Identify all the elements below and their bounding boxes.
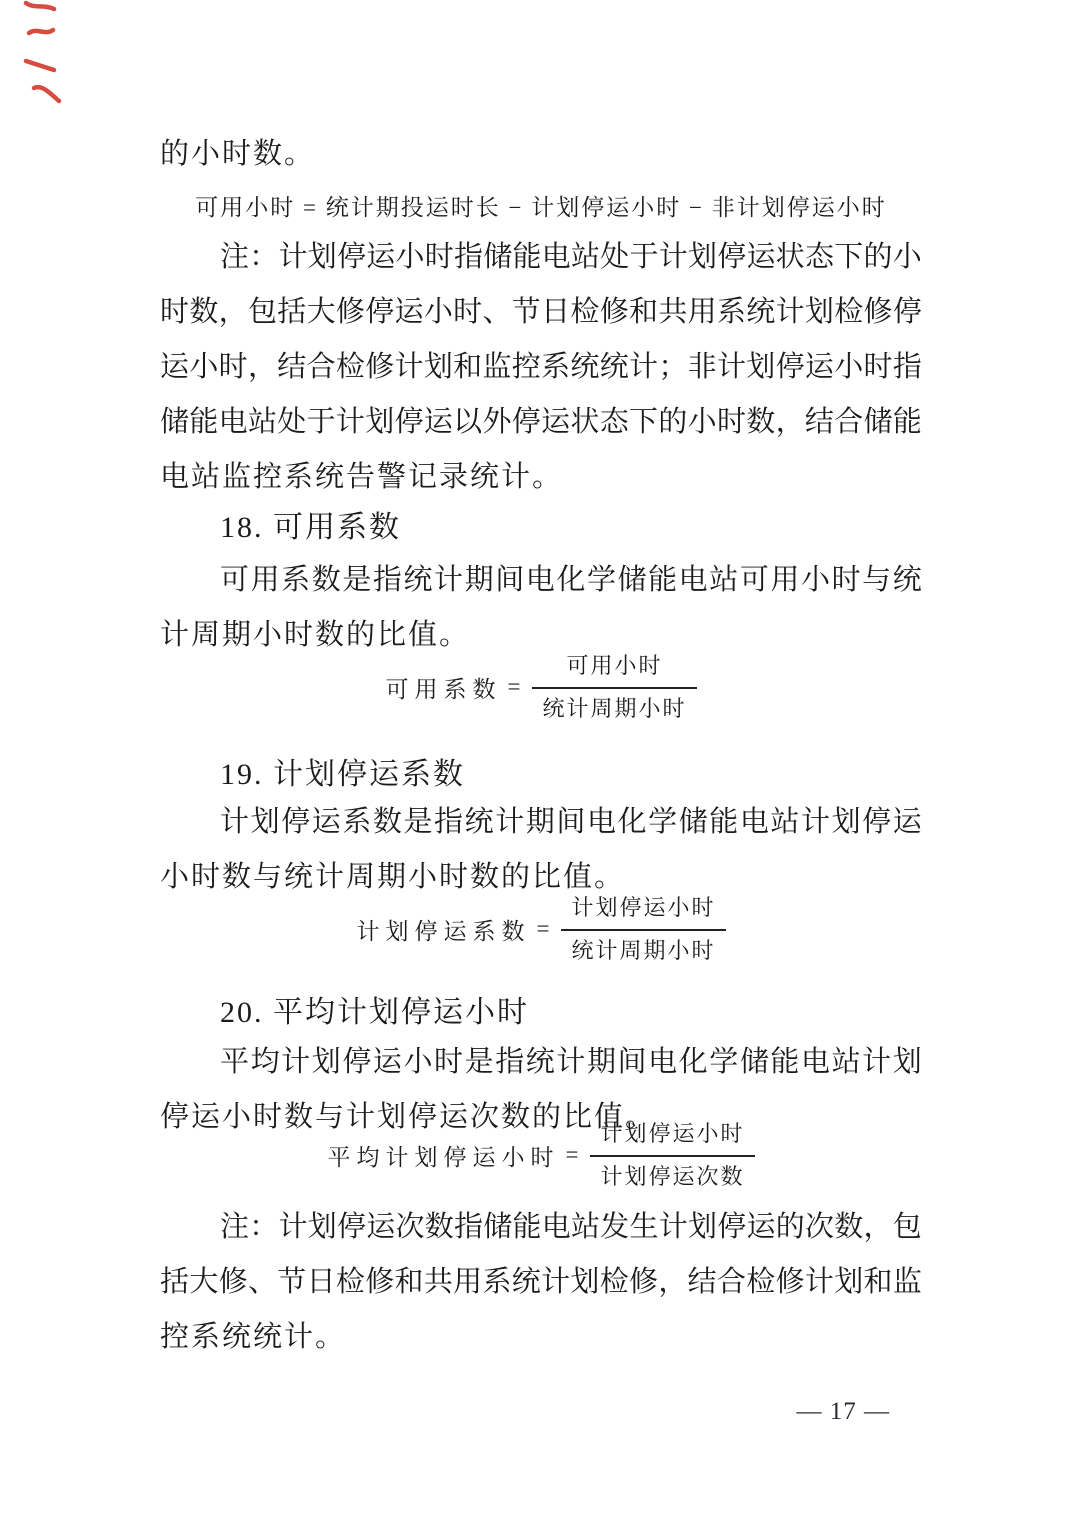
- red-annotation-marks: [18, 0, 68, 110]
- note-line: 电站监控系统告警记录统计。: [160, 450, 922, 505]
- fraction-denominator: 统计周期小时: [561, 931, 725, 967]
- formula-availability-factor: 可用系数 = 可用小时 统计周期小时: [160, 650, 922, 724]
- fraction-denominator: 计划停运次数: [590, 1157, 754, 1193]
- section-19-heading: 19. 计划停运系数: [160, 747, 922, 802]
- lead-paragraph: 的小时数。: [160, 127, 922, 182]
- section-19-body: 计划停运系数是指统计期间电化学储能电站计划停运 小时数与统计周期小时数的比值。: [160, 795, 922, 905]
- fraction-numerator: 可用小时: [532, 650, 696, 689]
- document-page: 的小时数。 可用小时 = 统计期投运时长 − 计划停运小时 − 非计划停运小时 …: [0, 0, 1080, 1527]
- formula-lhs: 平均计划停运小时: [328, 1139, 560, 1172]
- formula-available-hours: 可用小时 = 统计期投运时长 − 计划停运小时 − 非计划停运小时: [160, 185, 922, 230]
- body-line: 平均计划停运小时是指统计期间电化学储能电站计划: [160, 1035, 922, 1090]
- fraction: 可用小时 统计周期小时: [532, 650, 696, 724]
- fraction: 计划停运小时 计划停运次数: [590, 1118, 754, 1192]
- equals-sign: =: [566, 1142, 579, 1168]
- note-line: 储能电站处于计划停运以外停运状态下的小时数，结合储能: [160, 395, 922, 450]
- fraction-denominator: 统计周期小时: [532, 689, 696, 725]
- equals-sign: =: [508, 674, 521, 700]
- note-line: 注：计划停运小时指储能电站处于计划停运状态下的小: [160, 230, 922, 285]
- note-line: 括大修、节日检修和共用系统计划检修，结合检修计划和监: [160, 1255, 922, 1310]
- fraction-numerator: 计划停运小时: [561, 892, 725, 931]
- formula-lhs: 计划停运系数: [357, 913, 531, 946]
- formula-average-planned-outage-hours: 平均计划停运小时 = 计划停运小时 计划停运次数: [160, 1118, 922, 1192]
- formula-lhs: 可用系数: [386, 671, 502, 704]
- body-line: 可用系数是指统计期间电化学储能电站可用小时与统: [160, 553, 922, 608]
- note-line: 时数，包括大修停运小时、节日检修和共用系统计划检修停: [160, 285, 922, 340]
- note-line: 运小时，结合检修计划和监控系统统计；非计划停运小时指: [160, 340, 922, 395]
- body-line: 的小时数。: [160, 127, 922, 182]
- note-line: 注：计划停运次数指储能电站发生计划停运的次数，包: [160, 1200, 922, 1255]
- body-line: 计划停运系数是指统计期间电化学储能电站计划停运: [160, 795, 922, 850]
- section-20-heading: 20. 平均计划停运小时: [160, 985, 922, 1040]
- section-20-note: 注：计划停运次数指储能电站发生计划停运的次数，包 括大修、节日检修和共用系统计划…: [160, 1200, 922, 1365]
- equals-sign: =: [537, 916, 550, 942]
- section-18: 18. 可用系数: [160, 500, 922, 555]
- note-line: 控系统统计。: [160, 1310, 922, 1365]
- section-18-body: 可用系数是指统计期间电化学储能电站可用小时与统 计周期小时数的比值。: [160, 553, 922, 663]
- page-number: — 17 —: [797, 1398, 891, 1426]
- section-18-heading: 18. 可用系数: [160, 500, 922, 555]
- fraction: 计划停运小时 统计周期小时: [561, 892, 725, 966]
- fraction-numerator: 计划停运小时: [590, 1118, 754, 1157]
- formula-planned-outage-factor: 计划停运系数 = 计划停运小时 统计周期小时: [160, 892, 922, 966]
- available-hours-note: 注：计划停运小时指储能电站处于计划停运状态下的小 时数，包括大修停运小时、节日检…: [160, 230, 922, 505]
- section-19: 19. 计划停运系数: [160, 747, 922, 802]
- section-20: 20. 平均计划停运小时: [160, 985, 922, 1040]
